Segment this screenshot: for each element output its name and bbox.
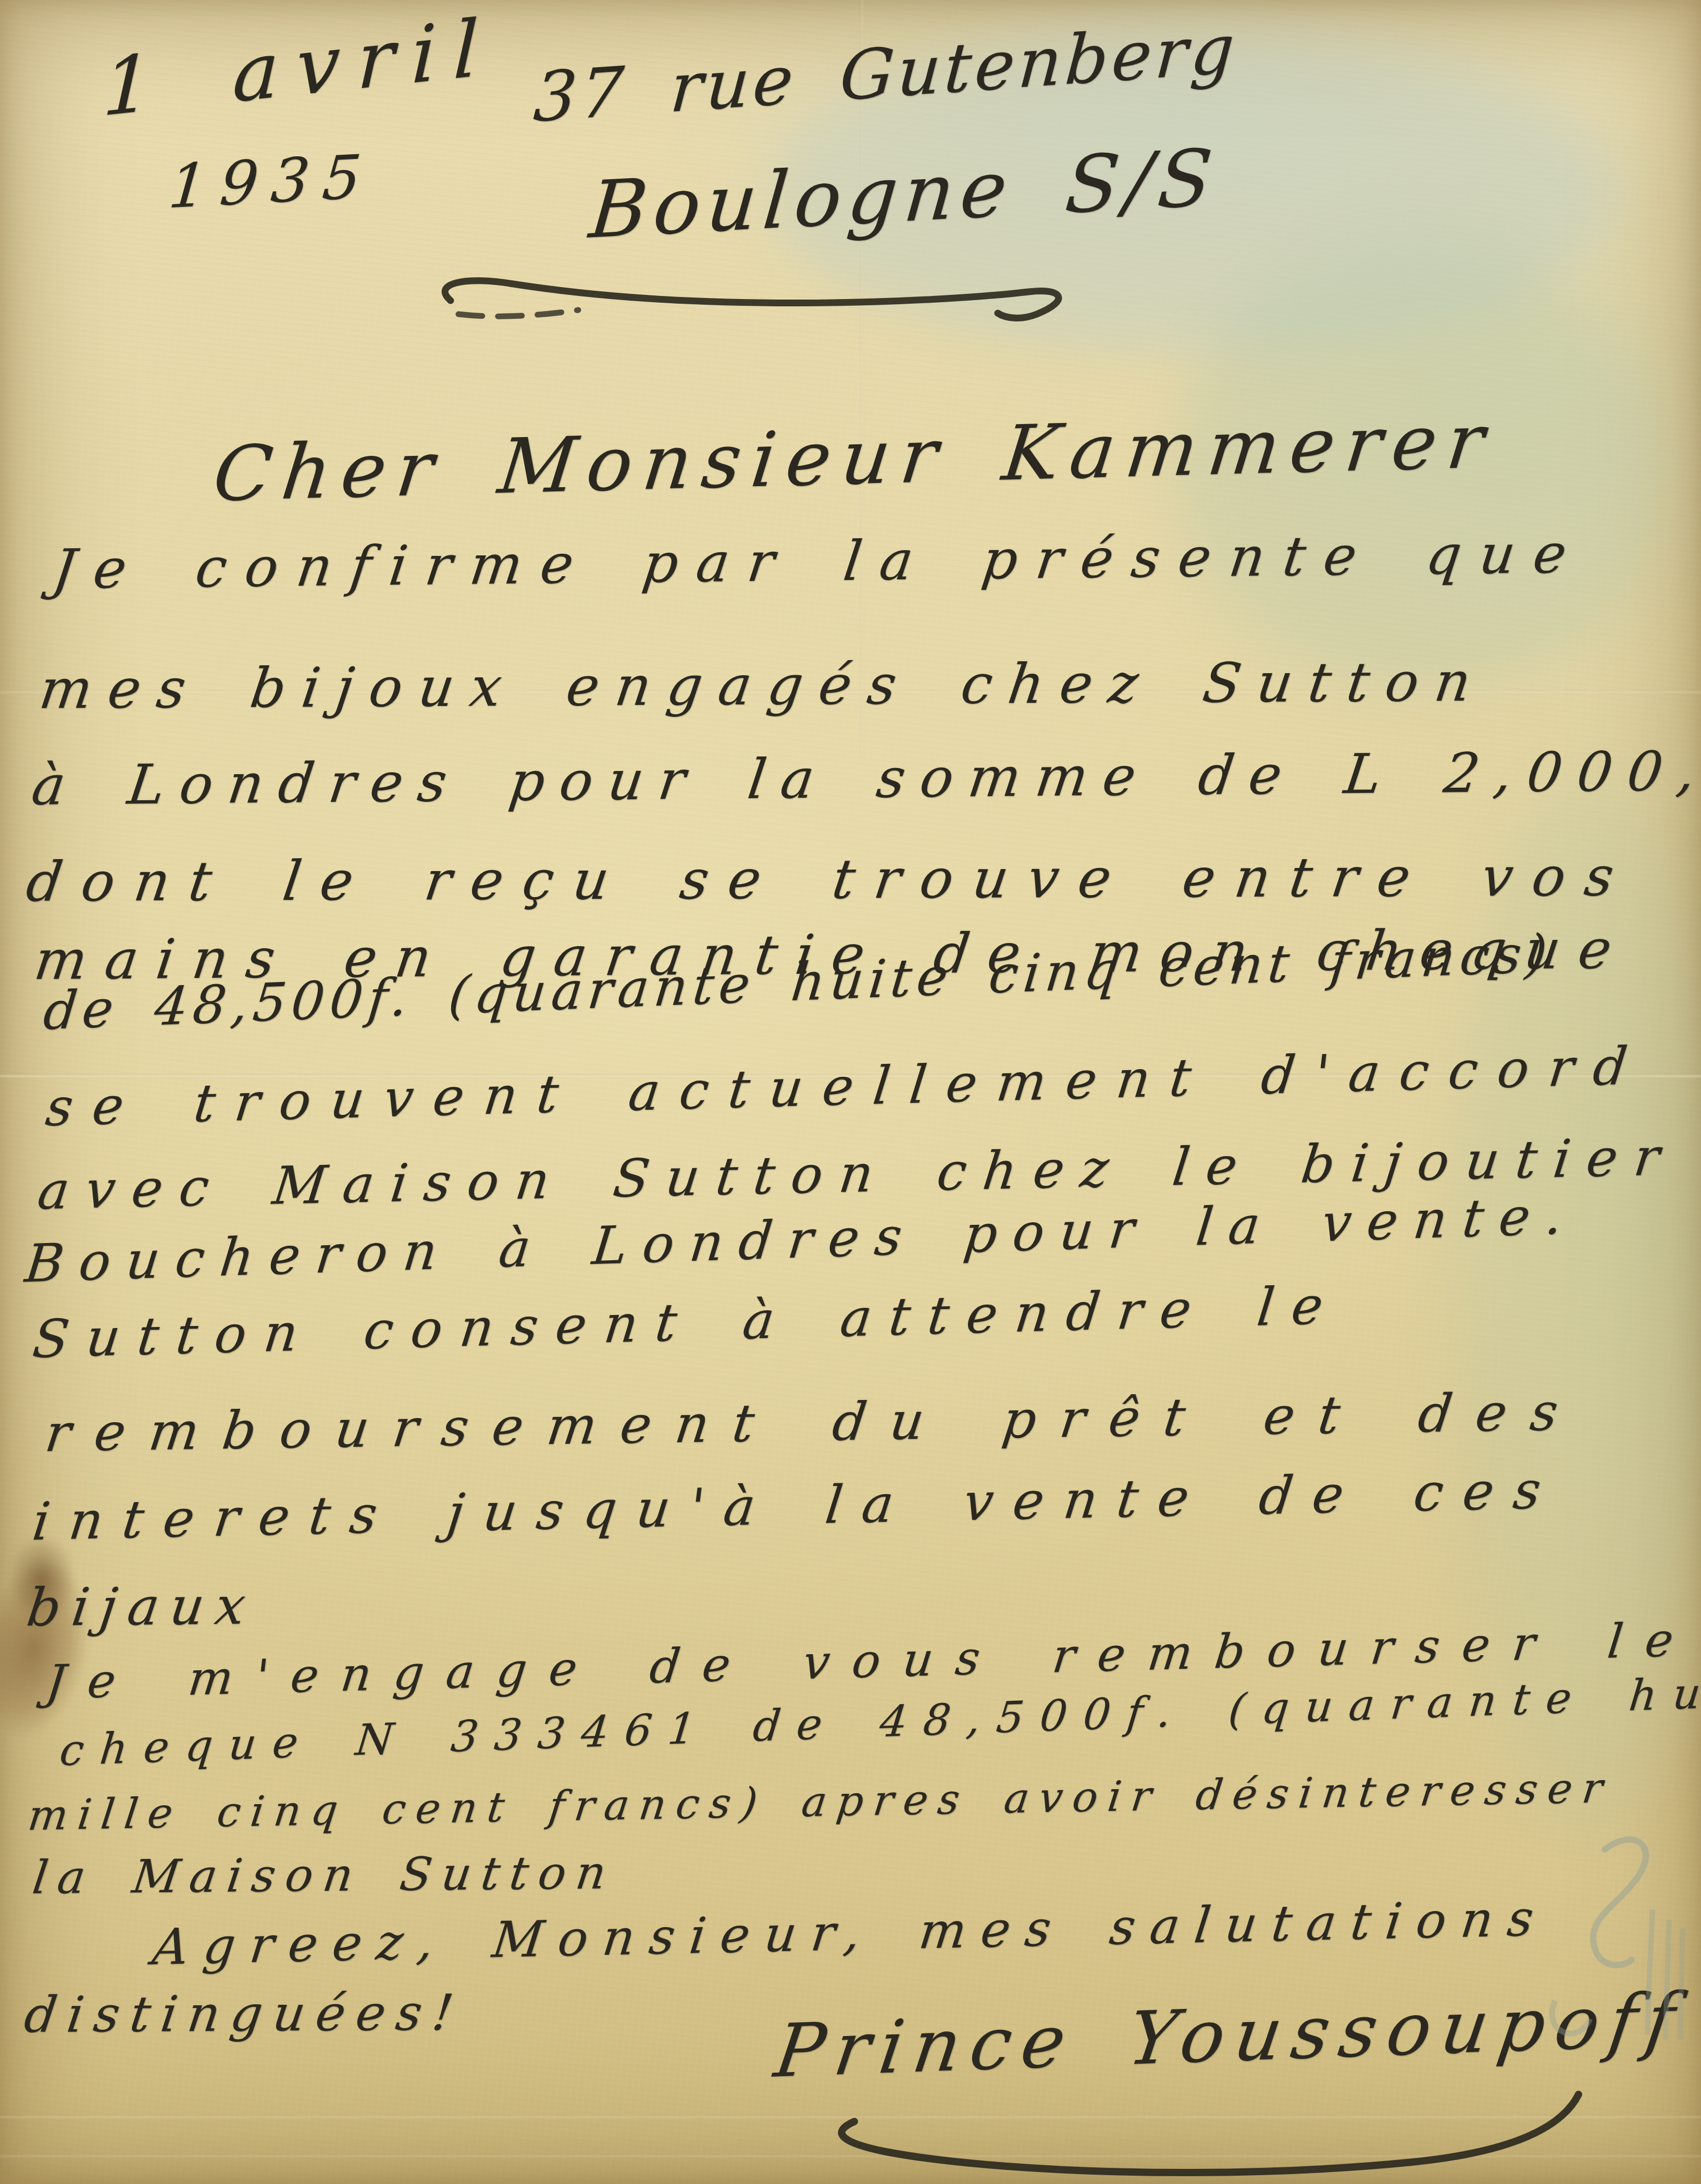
body-line-3: à Londres pour la somme de L 2,000, [29,741,1701,817]
body-line-2: mes bijoux engagés chez Sutton [36,651,1491,720]
body-line-10: Sutton consent à attendre le [30,1276,1344,1369]
body-line-16: mille cinq cent francs) apres avoir dési… [26,1765,1615,1839]
letter-page: 1 avril 1935 37 rue Gutenberg Boulogne S… [0,0,1701,2184]
body-line-7: se trouvent actuellement d'accord [43,1037,1650,1137]
date-day-month: 1 avril [101,3,497,133]
body-line-4: dont le reçu se trouve entre vos [23,846,1637,913]
body-line-12: interets jusqu'à la vente de ces [30,1461,1564,1552]
closing-line-2: distinguées! [21,1986,467,2043]
address-underline-flourish [422,268,1084,326]
pencil-annotation [1448,1813,1698,2058]
date-year: 1935 [166,143,377,221]
body-line-13: bijaux [23,1577,260,1637]
body-line-11: remboursement du prêt et des [42,1383,1585,1462]
closing-line-1: Agreez, Monsieur, mes salutations [150,1891,1551,1976]
signature-underline-flourish [797,2089,1610,2178]
body-line-17: la Maison Sutton [30,1847,619,1903]
